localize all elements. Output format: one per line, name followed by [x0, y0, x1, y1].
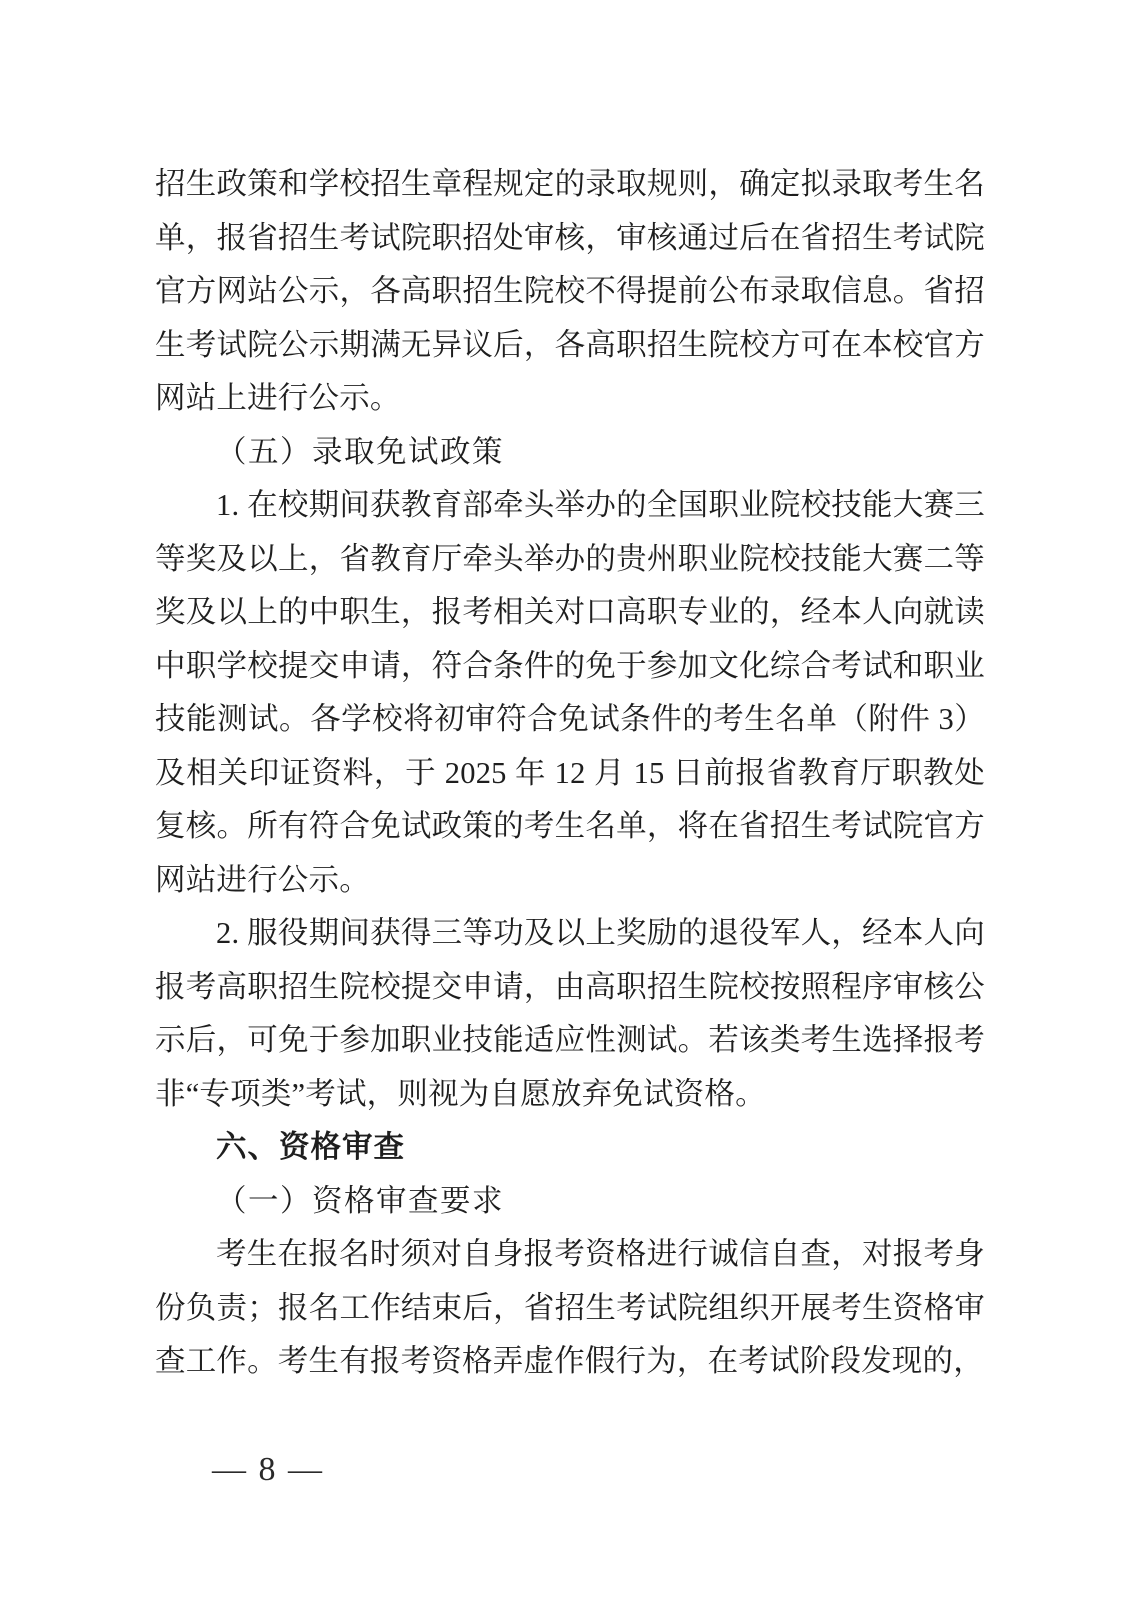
paragraph-admission-rules-continuation: 招生政策和学校招生章程规定的录取规则，确定拟录取考生名单，报省招生考试院职招处审… [155, 158, 985, 426]
page-number: — 8 — [212, 1450, 324, 1490]
heading-exemption-policy: （五）录取免试政策 [155, 426, 985, 480]
heading-review-requirements: （一）资格审查要求 [155, 1175, 985, 1229]
heading-qualification-review: 六、资格审查 [155, 1121, 985, 1175]
paragraph-veterans-exemption: 2. 服役期间获得三等功及以上奖励的退役军人，经本人向报考高职招生院校提交申请，… [155, 907, 985, 1121]
paragraph-skill-competition-exemption: 1. 在校期间获教育部牵头举办的全国职业院校技能大赛三等奖及以上，省教育厅牵头举… [155, 479, 985, 907]
paragraph-integrity-self-check: 考生在报名时须对自身报考资格进行诚信自查，对报考身份负责；报名工作结束后，省招生… [155, 1228, 985, 1389]
document-page: 招生政策和学校招生章程规定的录取规则，确定拟录取考生名单，报省招生考试院职招处审… [0, 0, 1132, 1600]
document-body: 招生政策和学校招生章程规定的录取规则，确定拟录取考生名单，报省招生考试院职招处审… [155, 158, 985, 1389]
